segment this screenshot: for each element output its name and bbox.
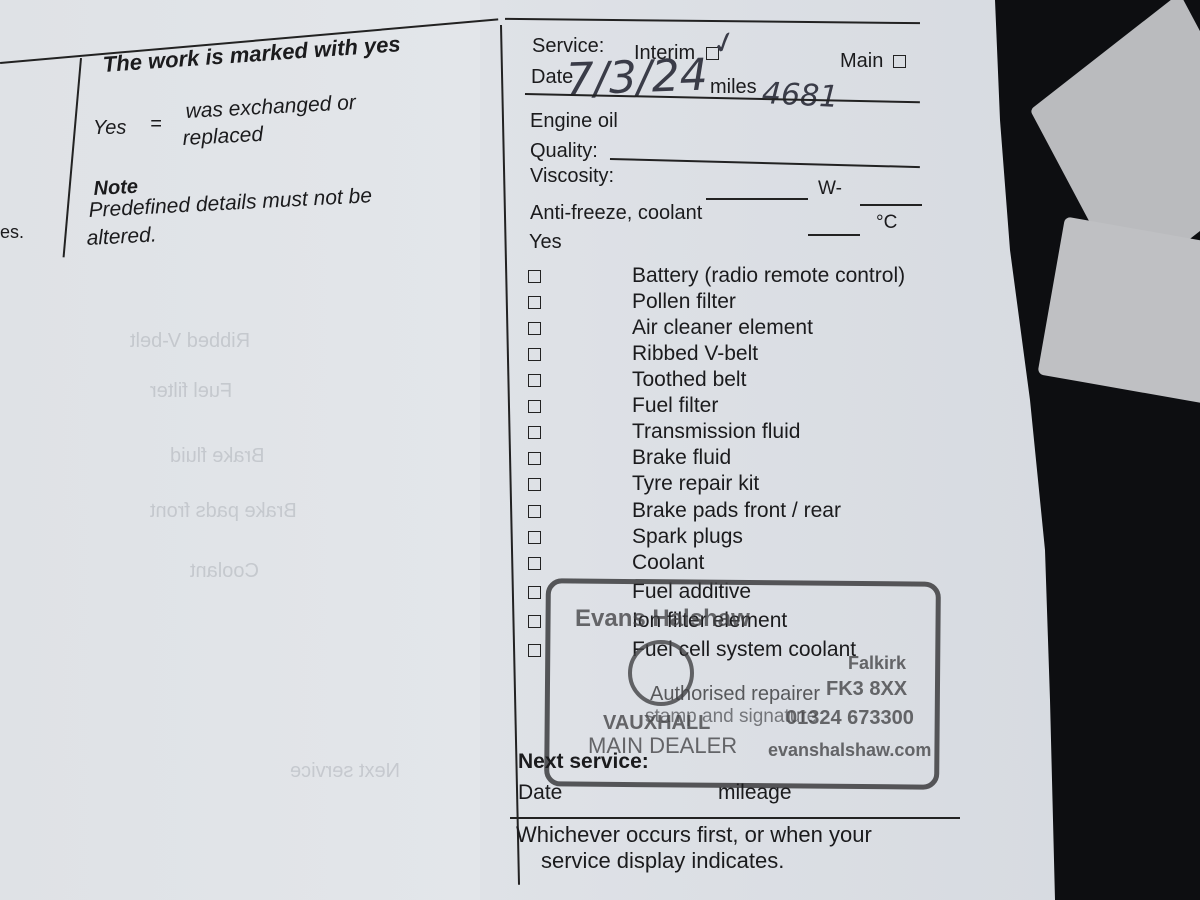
item-checkbox[interactable] xyxy=(528,644,541,657)
stamp-postcode: FK3 8XX xyxy=(826,678,907,701)
item-label: Transmission fluid xyxy=(632,420,800,444)
item-label: Fuel filter xyxy=(632,394,718,418)
stamp-phone: 01324 673300 xyxy=(786,707,914,730)
antifreeze-label: Anti-freeze, coolant xyxy=(530,202,702,225)
item-checkbox[interactable] xyxy=(528,452,541,465)
item-checkbox[interactable] xyxy=(528,478,541,491)
item-checkbox[interactable] xyxy=(528,322,541,335)
stamp-dealer-name: Evans Halshaw xyxy=(575,605,750,633)
viscosity-w-label: W- xyxy=(818,178,842,200)
viscosity-field-right[interactable] xyxy=(860,204,922,206)
item-checkbox[interactable] xyxy=(528,586,541,599)
item-checkbox[interactable] xyxy=(528,400,541,413)
bleed-through-text: Fuel filter xyxy=(150,380,232,403)
stamp-brand-line1: VAUXHALL xyxy=(603,712,710,735)
next-service-rule xyxy=(510,817,960,819)
next-mileage-label: mileage xyxy=(718,781,792,805)
quality-field[interactable] xyxy=(610,158,920,168)
item-label: Spark plugs xyxy=(632,525,743,549)
main-label: Main xyxy=(840,50,883,73)
item-checkbox[interactable] xyxy=(528,531,541,544)
yes-column-header: Yes xyxy=(529,231,562,254)
main-checkbox[interactable] xyxy=(893,55,906,68)
viscosity-field-left[interactable] xyxy=(706,198,808,200)
cut-off-text: es. xyxy=(0,222,24,243)
vauxhall-griffin-logo-icon xyxy=(628,640,694,706)
header-rule xyxy=(505,18,920,24)
footer-line2: service display indicates. xyxy=(541,848,784,874)
column-divider xyxy=(500,25,520,885)
item-checkbox[interactable] xyxy=(528,296,541,309)
item-label: Battery (radio remote control) xyxy=(632,264,905,288)
antifreeze-field[interactable] xyxy=(808,234,860,236)
miles-label: miles xyxy=(710,76,757,99)
quality-label: Quality: xyxy=(530,140,598,163)
item-label: Brake pads front / rear xyxy=(632,499,841,523)
next-service-label: Next service: xyxy=(518,750,649,774)
bleed-through-text: Ribbed V-belt xyxy=(130,330,250,353)
item-label: Coolant xyxy=(632,551,704,575)
legend-equals: = xyxy=(150,113,162,136)
engine-oil-label: Engine oil xyxy=(530,110,618,133)
bleed-through-text: Next service xyxy=(290,760,400,783)
item-label: Brake fluid xyxy=(632,446,731,470)
item-checkbox[interactable] xyxy=(528,270,541,283)
miles-value-handwritten: 4681 xyxy=(761,76,839,115)
item-checkbox[interactable] xyxy=(528,374,541,387)
item-label: Ribbed V-belt xyxy=(632,342,758,366)
item-label: Pollen filter xyxy=(632,290,736,314)
item-label: Air cleaner element xyxy=(632,316,813,340)
legend-key: Yes xyxy=(93,117,126,140)
item-checkbox[interactable] xyxy=(528,557,541,570)
item-checkbox[interactable] xyxy=(528,426,541,439)
background-cloth-fold xyxy=(1037,216,1200,403)
item-label: Toothed belt xyxy=(632,368,746,392)
bleed-through-text: Brake fluid xyxy=(170,445,265,468)
viscosity-label: Viscosity: xyxy=(530,165,614,188)
item-checkbox[interactable] xyxy=(528,505,541,518)
item-checkbox[interactable] xyxy=(528,348,541,361)
item-checkbox[interactable] xyxy=(528,615,541,628)
stamp-website: evanshalshaw.com xyxy=(768,740,931,761)
footer-line1: Whichever occurs first, or when your xyxy=(516,822,872,848)
bleed-through-text: Brake pads front xyxy=(150,500,297,523)
next-date-label: Date xyxy=(518,781,562,805)
item-label: Tyre repair kit xyxy=(632,472,759,496)
celsius-label: °C xyxy=(876,212,897,234)
stamp-town: Falkirk xyxy=(848,653,906,674)
bleed-through-text: Coolant xyxy=(190,560,259,583)
note-line2: altered. xyxy=(86,223,157,251)
legend-value-line2: replaced xyxy=(182,123,264,151)
